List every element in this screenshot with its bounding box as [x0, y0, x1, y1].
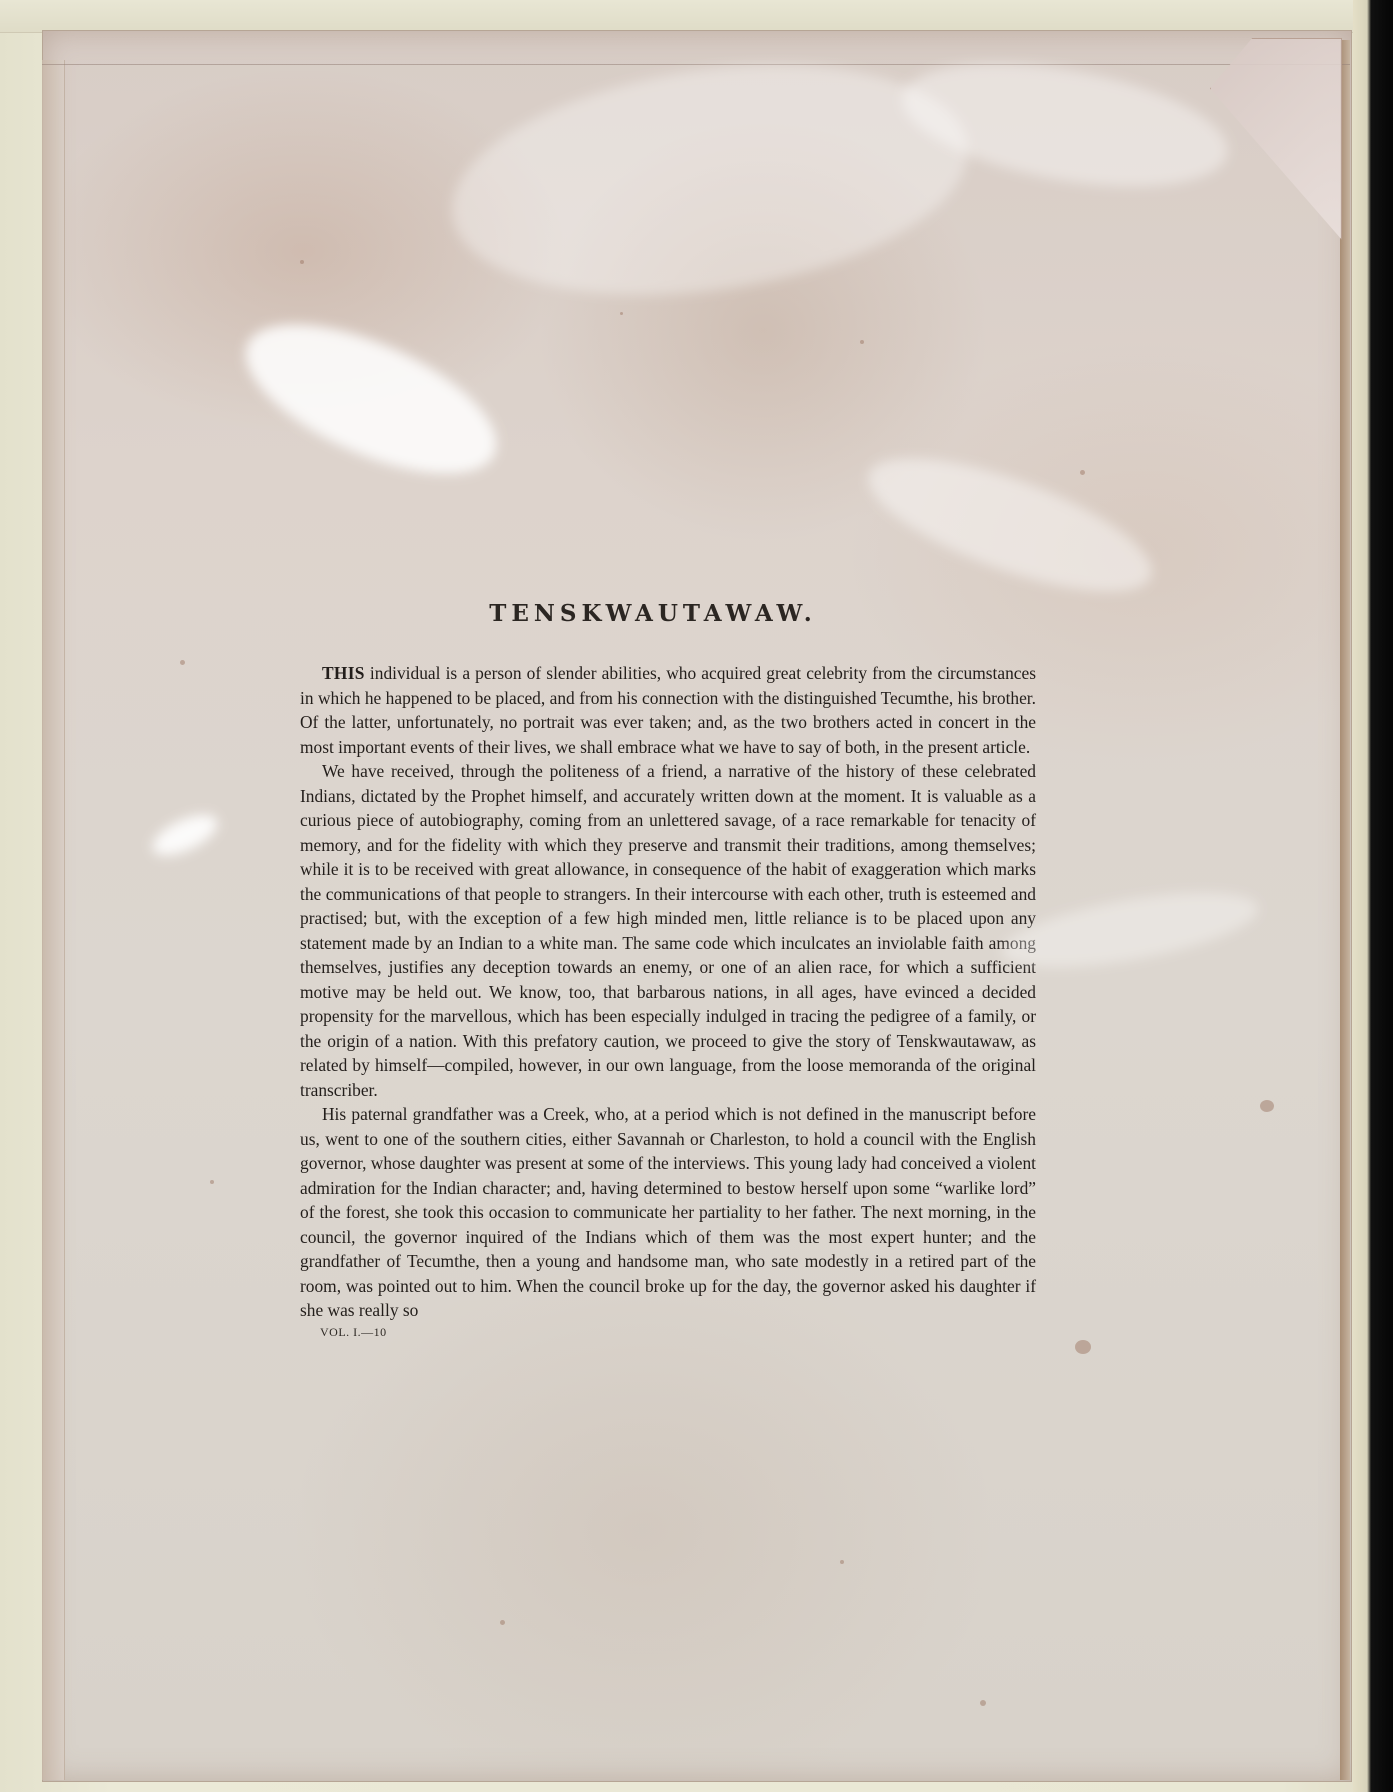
sheet-right-edge	[1340, 40, 1350, 1780]
page-text-block: TENSKWAUTAWAW. THIS individual is a pers…	[300, 600, 1036, 1340]
foxing-speck	[1075, 1340, 1091, 1354]
foxing-speck	[500, 1620, 505, 1625]
foxing-speck	[1080, 470, 1085, 475]
paragraph-3: His paternal grandfather was a Creek, wh…	[300, 1102, 1036, 1323]
foxing-speck	[620, 312, 623, 315]
sheet-left-edge	[42, 60, 65, 1780]
frame-dark-edge	[1353, 0, 1393, 1792]
paragraph-2: We have received, through the politeness…	[300, 759, 1036, 1102]
paragraph-text: We have received, through the politeness…	[300, 761, 1036, 1100]
foxing-speck	[300, 260, 304, 264]
article-title: TENSKWAUTAWAW.	[270, 600, 1036, 627]
paragraph-text: individual is a person of slender abilit…	[300, 663, 1036, 757]
paragraph-lead-word: THIS	[322, 663, 365, 683]
foxing-speck	[180, 660, 185, 665]
foxing-speck	[210, 1180, 214, 1184]
foxing-speck	[980, 1700, 986, 1706]
paragraph-1: THIS individual is a person of slender a…	[300, 661, 1036, 759]
frame-top-strip	[0, 0, 1393, 33]
sleeve-seam	[42, 64, 1350, 65]
foxing-speck	[860, 340, 864, 344]
paragraph-text: His paternal grandfather was a Creek, wh…	[300, 1104, 1036, 1320]
volume-folio-mark: VOL. I.—10	[320, 1325, 1036, 1340]
foxing-speck	[1260, 1100, 1274, 1112]
foxing-speck	[840, 1560, 844, 1564]
